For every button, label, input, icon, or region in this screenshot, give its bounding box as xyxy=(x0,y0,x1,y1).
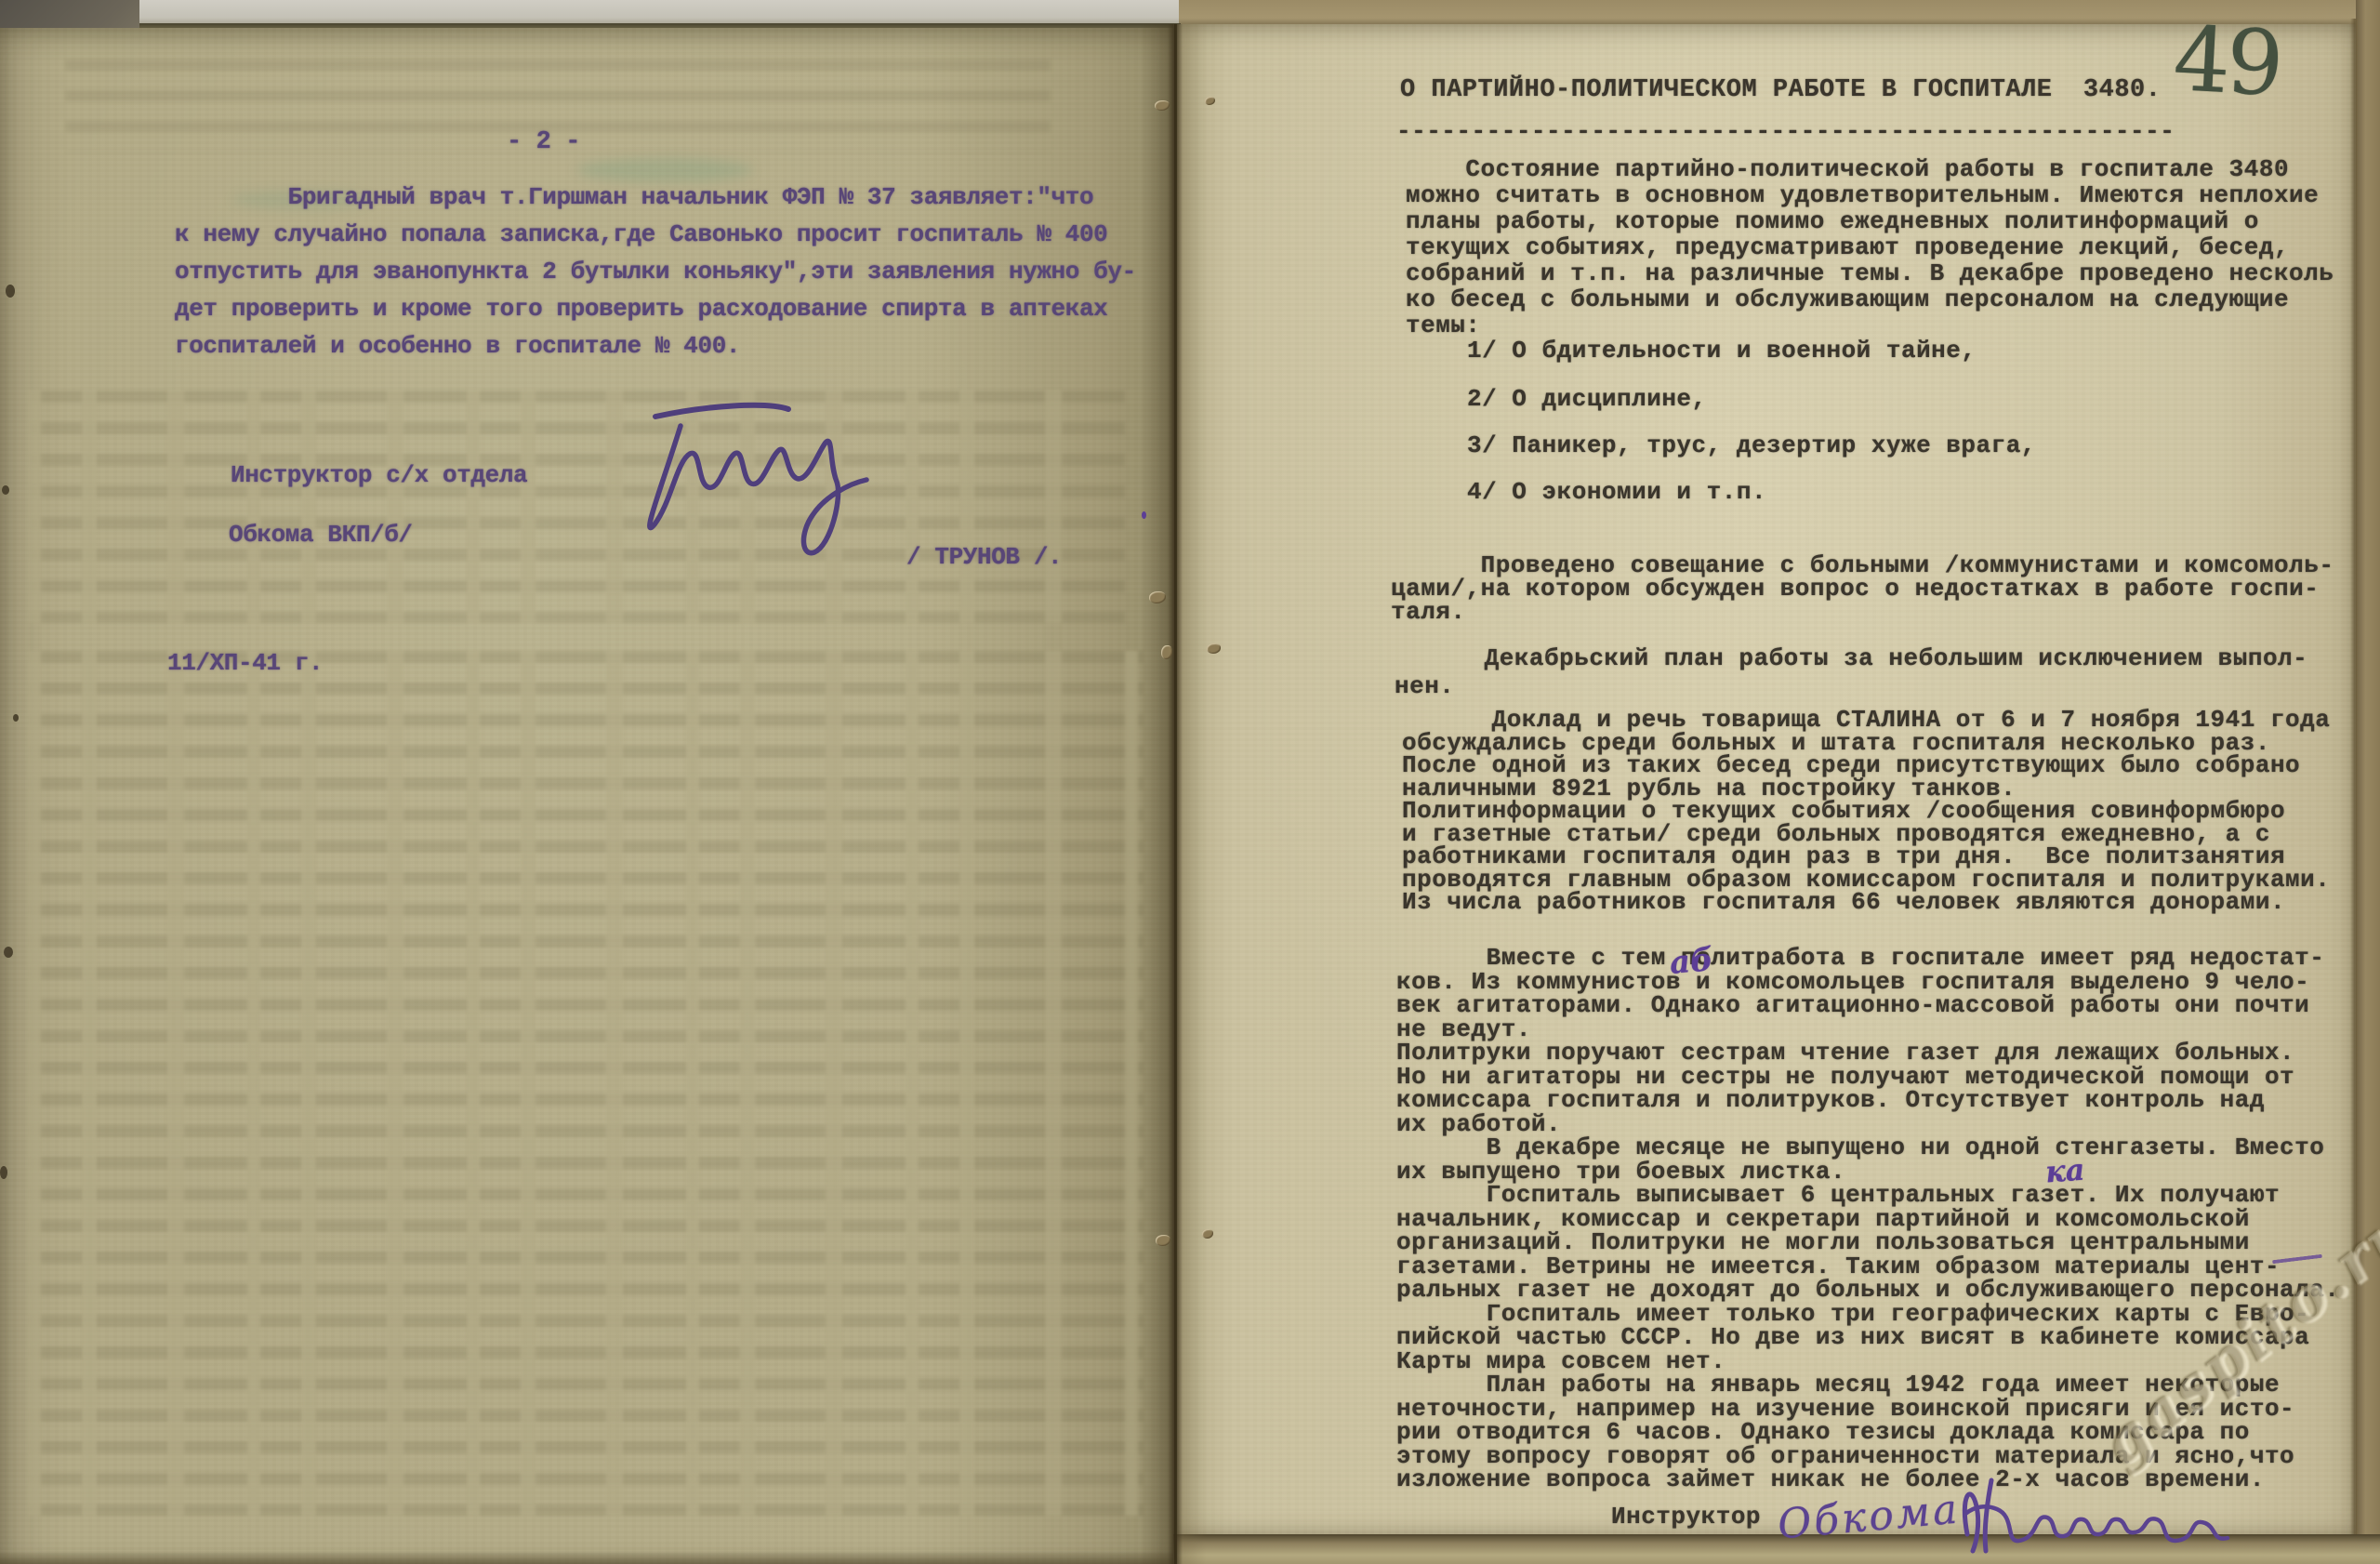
right-footer-role: Инструктор xyxy=(1611,1503,1761,1531)
handwritten-page-number: 49 xyxy=(2171,7,2282,116)
edge-speck xyxy=(13,714,19,722)
list-item-4: 4/ О экономии и т.п. xyxy=(1467,469,1766,515)
right-page-title: О ПАРТИЙНО-ПОЛИТИЧЕСКОМ РАБОТЕ В ГОСПИТА… xyxy=(1400,76,2161,104)
prokurin-signature xyxy=(1943,1460,2259,1562)
center-fold-line xyxy=(1174,24,1177,1564)
trunov-signature xyxy=(586,389,892,575)
paragraph-stalin-report: Доклад и речь товарища СТАЛИНА от 6 и 7 … xyxy=(1402,709,2330,914)
left-signer-role-line2: Обкома ВКП/б/ xyxy=(229,521,413,549)
list-item-1: 1/ О бдительности и военной тайне, xyxy=(1467,327,1977,374)
handwritten-correction: ка xyxy=(2044,1152,2086,1190)
ink-speck xyxy=(1142,511,1146,519)
edge-speck xyxy=(2,485,9,495)
paragraph-status: Состояние партийно-политической работы в… xyxy=(1406,156,2334,338)
list-item-2: 2/ О дисциплине, xyxy=(1467,376,1707,422)
handwritten-correction: аб xyxy=(1668,941,1714,982)
left-signer-name: / ТРУНОВ /. xyxy=(906,543,1062,571)
list-item-3: 3/ Паникер, трус, дезертир хуже врага, xyxy=(1467,422,2036,469)
paragraph-december-plan: Декабрьский план работы за небольшим иск… xyxy=(1395,644,2307,700)
left-page-number: - 2 - xyxy=(507,128,580,156)
left-page-bottom-shadow xyxy=(0,1551,1173,1564)
left-date: 11/ХП-41 г. xyxy=(167,649,323,677)
edge-speck xyxy=(6,285,15,298)
paragraph-meeting: Проведено совещание с больными /коммунис… xyxy=(1391,554,2334,624)
left-body-paragraph: Бригадный врач т.Гиршман начальник ФЭП №… xyxy=(175,179,1136,364)
left-signer-role-line1: Инструктор с/х отдела xyxy=(231,461,527,489)
edge-speck xyxy=(0,1166,7,1179)
scanned-document: - 2 - Бригадный врач т.Гиршман начальник… xyxy=(0,0,2380,1564)
center-fold-shadow xyxy=(1140,24,1207,1564)
right-title-underline: ----------------------------------------… xyxy=(1396,117,2175,145)
sheet-edge-behind xyxy=(139,0,1179,25)
backing-paper-right xyxy=(2356,0,2380,1564)
right-page-edge xyxy=(2350,19,2358,1544)
edge-speck xyxy=(4,947,13,958)
